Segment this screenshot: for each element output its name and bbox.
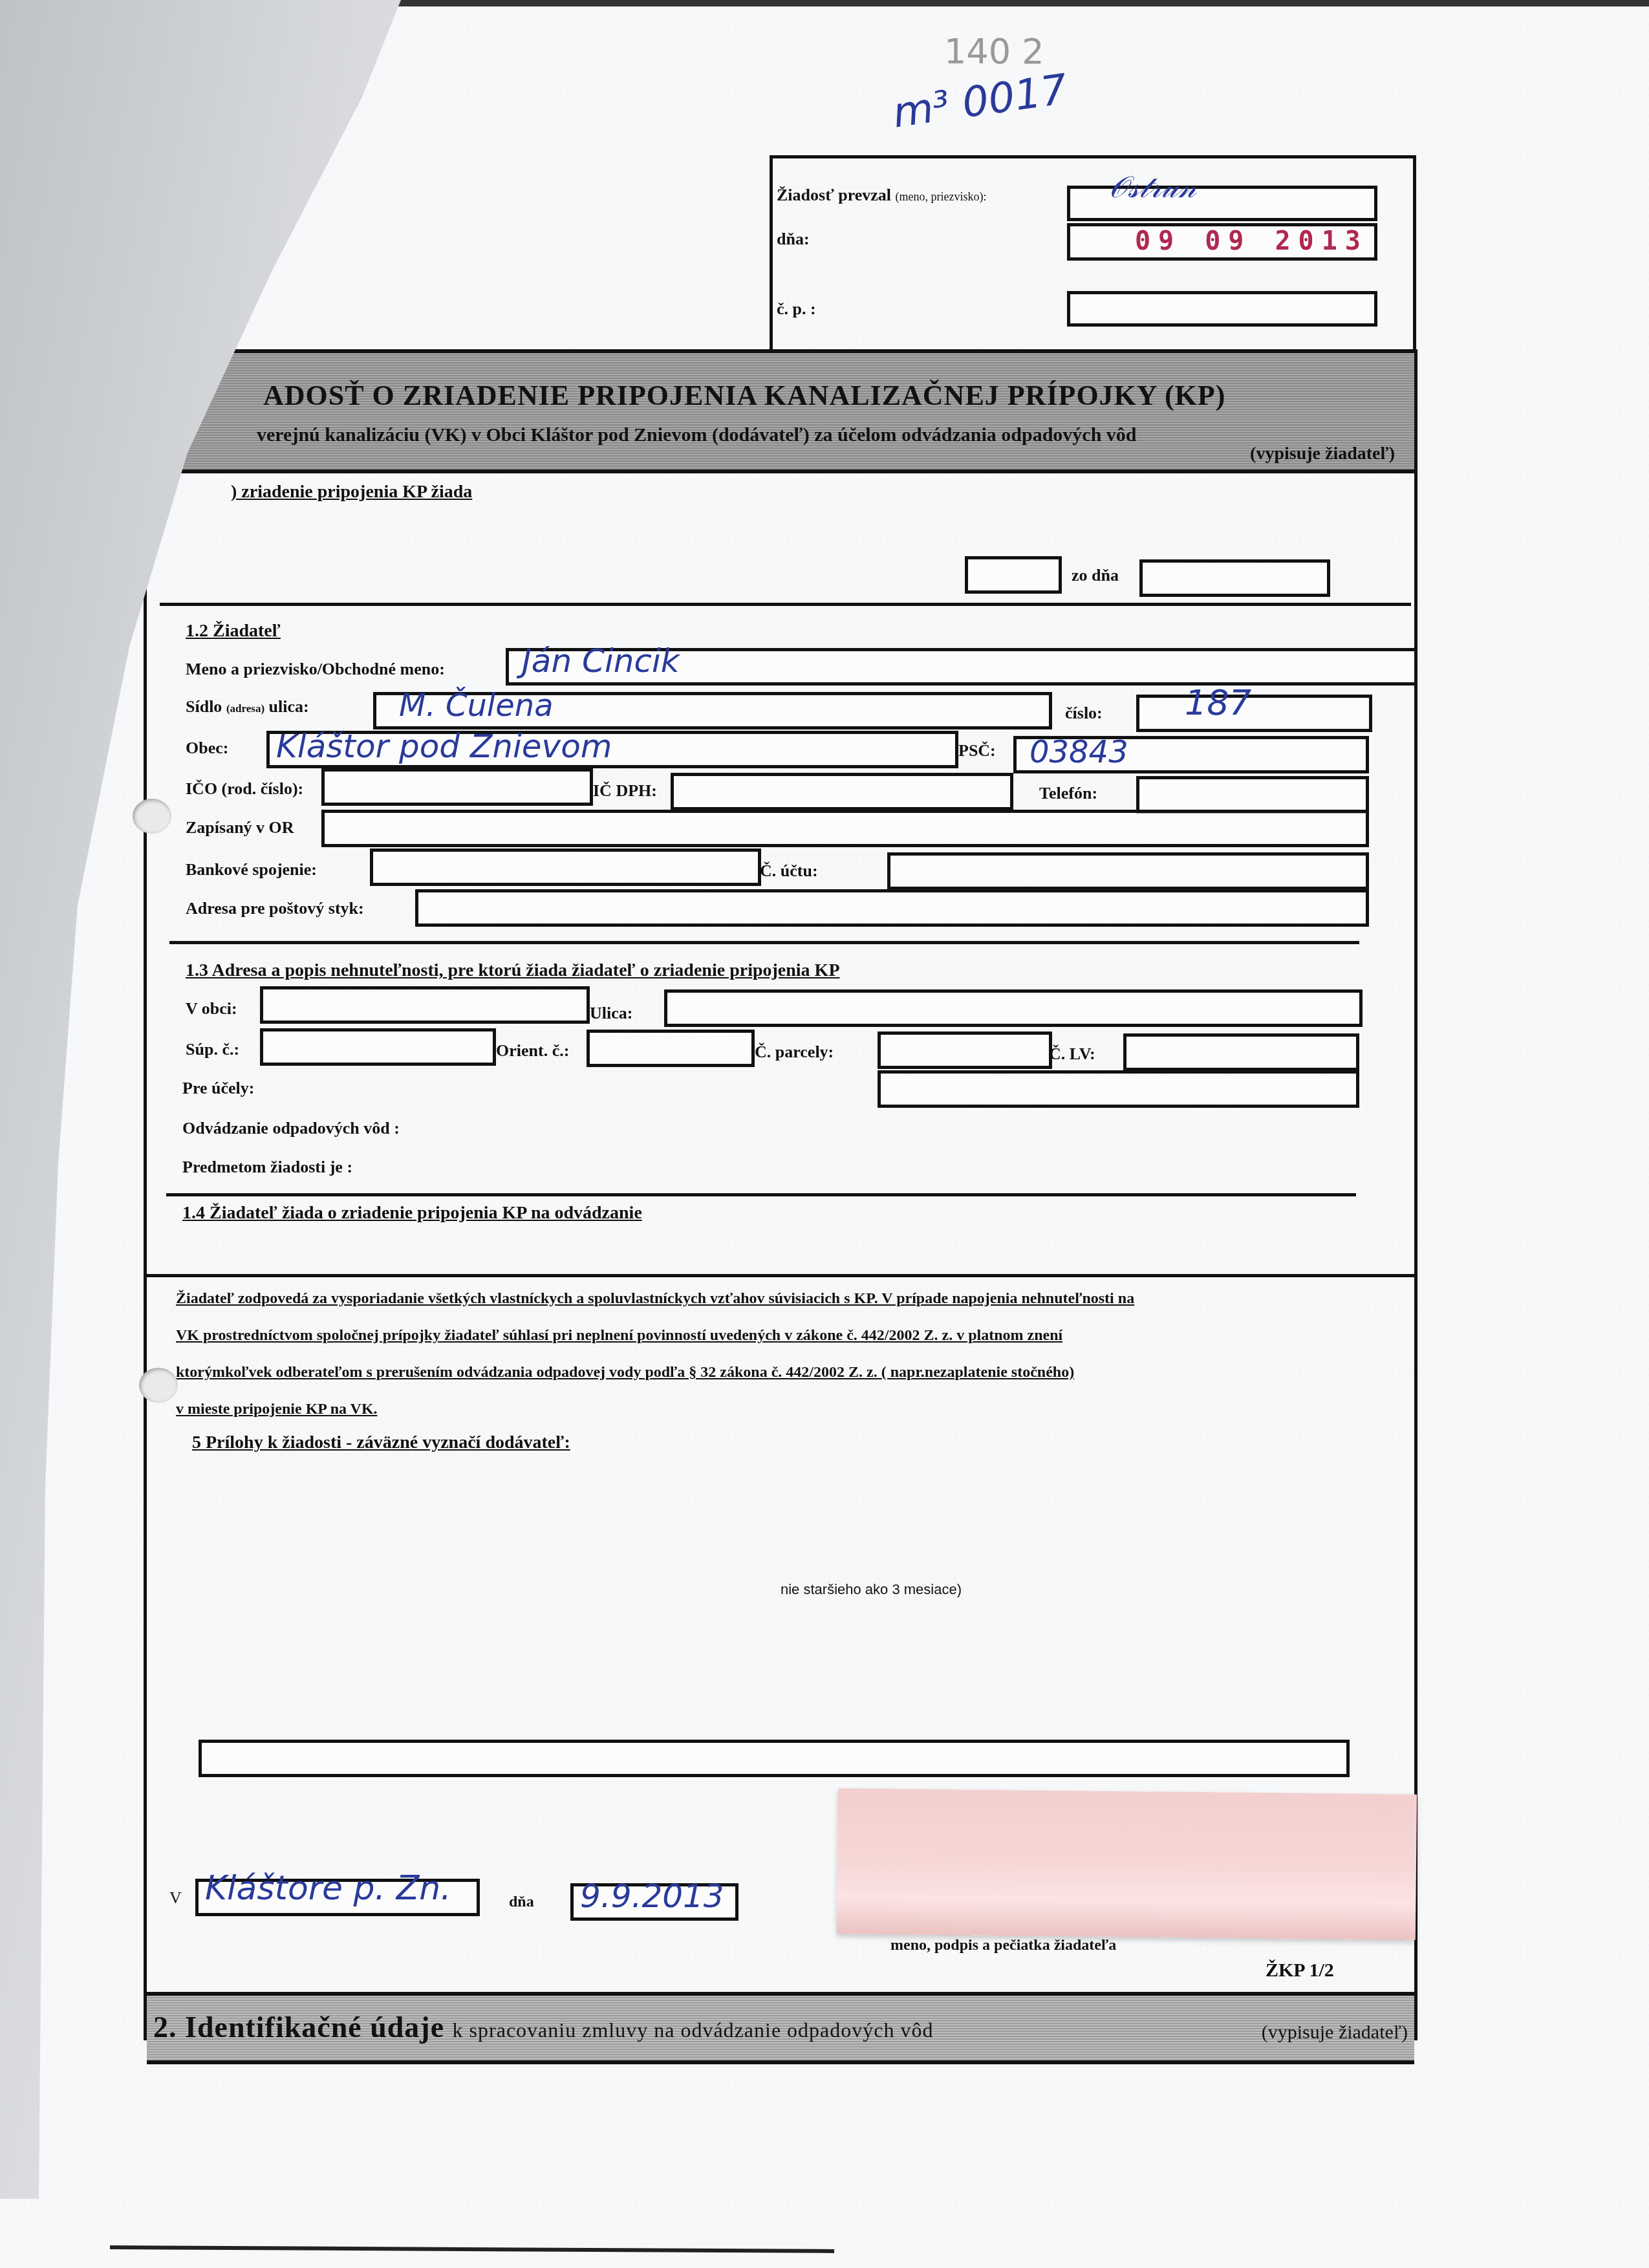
divider xyxy=(160,603,1411,606)
street-label: Sídlo (adresa) ulica: xyxy=(186,697,309,717)
city-value: Kláštor pod Znievom xyxy=(276,728,612,765)
account-label: Č. účtu: xyxy=(760,861,818,881)
form-subtitle: verejnú kanalizáciu (VK) v Obci Kláštor … xyxy=(257,424,1137,446)
section-1-4-title: 1.4 Žiadateľ žiada o zriadenie pripojeni… xyxy=(182,1203,642,1224)
filled-by-note: (vypisuje žiadateľ) xyxy=(1250,444,1395,464)
volume-note: m³ 0017 xyxy=(890,65,1070,137)
form-title: ADOSŤ O ZRIADENIE PRIPOJENIA KANALIZAČNE… xyxy=(263,379,1225,412)
form-header: ADOSŤ O ZRIADENIE PRIPOJENIA KANALIZAČNE… xyxy=(147,349,1414,473)
place-prefix: V xyxy=(169,1888,182,1908)
receipt-box: Žiadosť prevzal (meno, priezvisko): 𝒪𝓈𝓉𝓇… xyxy=(770,155,1416,352)
property-street-field[interactable] xyxy=(664,989,1363,1027)
property-street-label: Ulica: xyxy=(590,1004,632,1023)
postal-address-field[interactable] xyxy=(415,889,1369,927)
ico-label: IČO (rod. číslo): xyxy=(186,779,303,799)
purpose-field[interactable] xyxy=(878,1070,1359,1108)
house-number-field[interactable]: 187 xyxy=(1136,695,1372,732)
from-date-label: zo dňa xyxy=(1072,566,1119,585)
village-field[interactable] xyxy=(260,986,590,1024)
account-field[interactable] xyxy=(887,852,1369,890)
section-1-2-title: 1.2 Žiadateľ xyxy=(186,621,281,642)
zip-value: 03843 xyxy=(1029,734,1128,770)
vat-field[interactable] xyxy=(671,773,1013,810)
phone-label: Telefón: xyxy=(1039,784,1097,803)
register-field[interactable] xyxy=(321,810,1369,847)
receipt-date-label: dňa: xyxy=(777,230,810,249)
received-by-signature: 𝒪𝓈𝓉𝓇𝓊𝓃 xyxy=(1109,169,1196,206)
received-by-label: Žiadosť prevzal (meno, priezvisko): xyxy=(777,186,987,205)
lv-label: Č. LV: xyxy=(1049,1044,1095,1064)
from-date-field[interactable] xyxy=(1139,559,1330,597)
bank-label: Bankové spojenie: xyxy=(186,860,317,880)
name-value: Ján Cincik xyxy=(522,642,680,680)
parcel-field[interactable] xyxy=(878,1031,1052,1069)
receipt-number-label: č. p. : xyxy=(777,299,816,319)
orient-number-field[interactable] xyxy=(587,1030,755,1067)
section-1-3-title: 1.3 Adresa a popis nehnuteľnosti, pre kt… xyxy=(186,960,840,981)
receipt-date-field[interactable]: 09 09 2013 xyxy=(1067,223,1377,261)
request-number-field[interactable] xyxy=(965,556,1062,594)
punch-hole xyxy=(139,1368,178,1403)
phone-field[interactable] xyxy=(1136,776,1369,814)
city-field[interactable]: Kláštor pod Znievom xyxy=(266,731,958,768)
postal-address-label: Adresa pre poštový styk: xyxy=(186,899,364,918)
name-label: Meno a priezvisko/Obchodné meno: xyxy=(186,660,445,679)
attachment-note: nie staršieho ako 3 mesiace) xyxy=(781,1581,962,1598)
attachment-field[interactable] xyxy=(199,1740,1350,1777)
purpose-label: Pre účely: xyxy=(182,1079,254,1098)
liability-text: Žiadateľ zodpovedá za vysporiadanie všet… xyxy=(176,1280,1340,1428)
parcel-label: Č. parcely: xyxy=(755,1042,834,1062)
drainage-label: Odvádzanie odpadových vôd : xyxy=(182,1119,400,1138)
sign-date-label: dňa xyxy=(509,1894,534,1911)
received-by-field[interactable]: 𝒪𝓈𝓉𝓇𝓊𝓃 xyxy=(1067,186,1377,221)
scan-artifact-line xyxy=(110,2245,834,2253)
ico-field[interactable] xyxy=(321,768,593,806)
house-number-value: 187 xyxy=(1185,682,1251,723)
register-label: Zapísaný v OR xyxy=(186,818,294,837)
street-field[interactable]: M. Čulena xyxy=(373,692,1052,729)
section-1-5-title: 5 Prílohy k žiadosti - záväzné vyznačí d… xyxy=(192,1432,570,1453)
sup-number-label: Súp. č.: xyxy=(186,1040,239,1059)
subject-label: Predmetom žiadosti je : xyxy=(182,1158,352,1177)
punch-hole xyxy=(133,799,171,834)
signature-caption: meno, podpis a pečiatka žiadateľa xyxy=(890,1937,1116,1954)
name-field[interactable]: Ján Cincik xyxy=(506,648,1417,686)
sign-date-value: 9.9.2013 xyxy=(580,1877,724,1915)
place-field[interactable]: Kláštore p. Zn. xyxy=(195,1879,480,1916)
section-2-title: 2. Identifikačné údaje k spracovaniu zml… xyxy=(153,2010,934,2044)
date-stamp: 09 09 2013 xyxy=(1135,226,1368,256)
divider xyxy=(147,1274,1414,1277)
pencil-note: 140 2 xyxy=(944,31,1044,72)
village-label: V obci: xyxy=(186,999,237,1019)
vat-label: IČ DPH: xyxy=(593,781,657,801)
section-2-header: 2. Identifikačné údaje k spracovaniu zml… xyxy=(147,1992,1414,2064)
place-value: Kláštore p. Zn. xyxy=(205,1869,451,1908)
scanned-page: 140 2 m³ 0017 Žiadosť prevzal (meno, pri… xyxy=(0,0,1649,2268)
section-1-1-title: ) zriadenie pripojenia KP žiada xyxy=(231,482,472,502)
sign-date-field[interactable]: 9.9.2013 xyxy=(570,1883,738,1921)
house-number-label: číslo: xyxy=(1065,704,1103,723)
city-label: Obec: xyxy=(186,739,228,758)
application-form: ADOSŤ O ZRIADENIE PRIPOJENIA KANALIZAČNE… xyxy=(144,349,1417,2040)
lv-field[interactable] xyxy=(1123,1033,1359,1071)
divider xyxy=(169,941,1359,944)
divider xyxy=(166,1193,1356,1196)
page-code: ŽKP 1/2 xyxy=(1266,1960,1334,1982)
receipt-number-field[interactable] xyxy=(1067,291,1377,327)
zip-label: PSČ: xyxy=(958,741,996,761)
bank-field[interactable] xyxy=(370,848,761,886)
street-value: M. Čulena xyxy=(399,687,554,724)
section-2-filled-by: (vypisuje žiadateľ) xyxy=(1262,2022,1408,2044)
orient-number-label: Orient. č.: xyxy=(496,1041,569,1061)
sup-number-field[interactable] xyxy=(260,1028,496,1066)
zip-field[interactable]: 03843 xyxy=(1013,736,1369,773)
sticky-note xyxy=(837,1788,1417,1939)
